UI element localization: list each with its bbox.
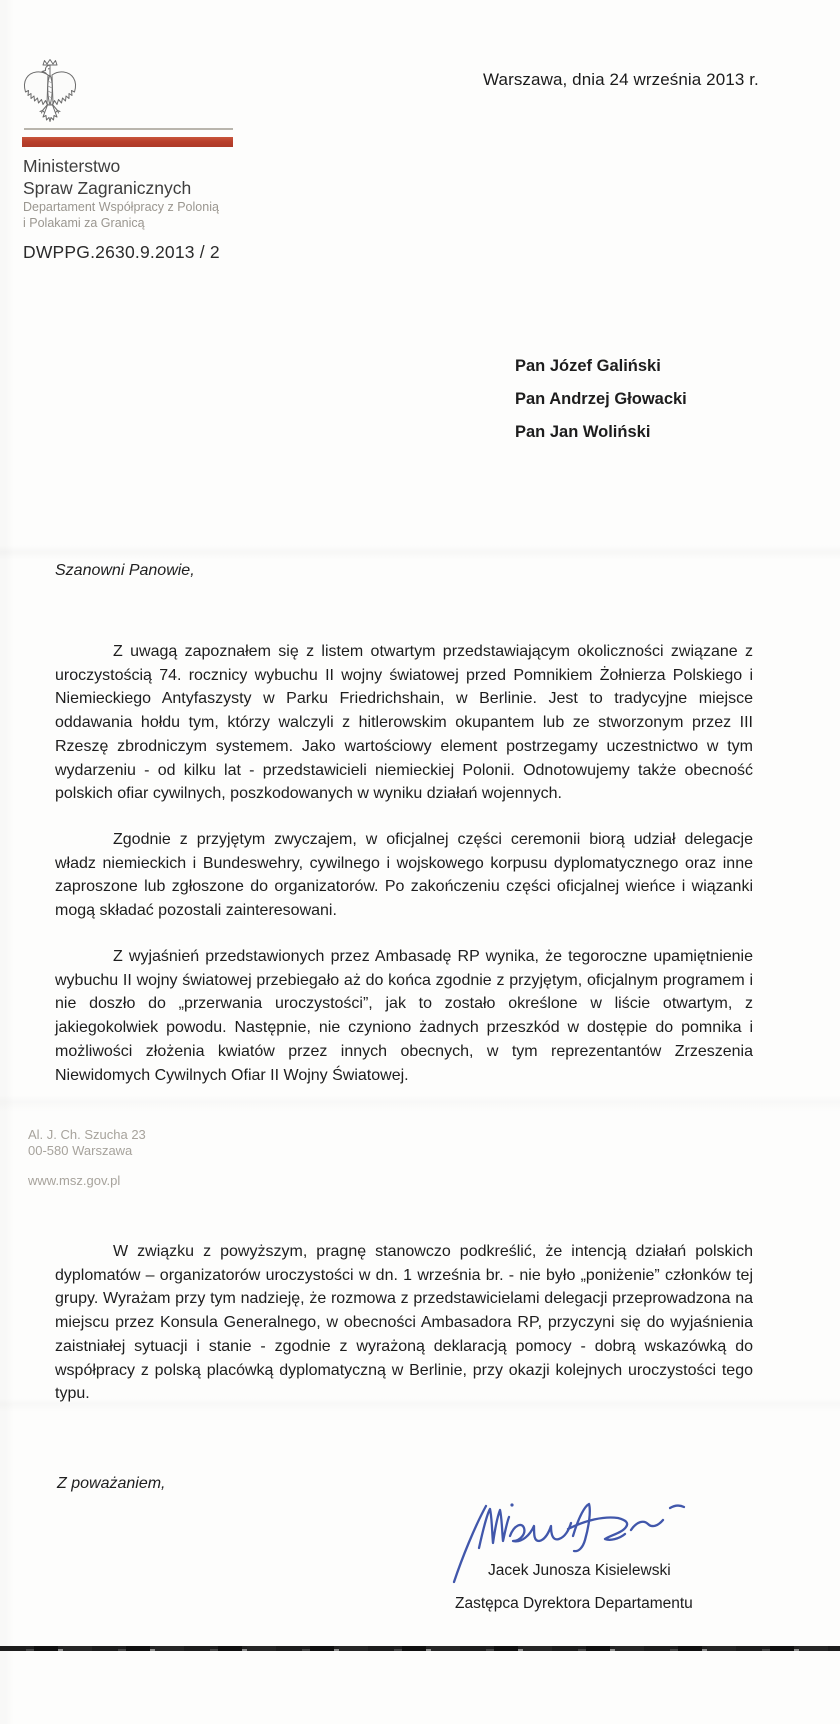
polish-eagle-emblem-icon bbox=[22, 57, 78, 127]
address-postal-city: 00-580 Warszawa bbox=[28, 1143, 146, 1159]
salutation: Szanowni Panowie, bbox=[55, 562, 195, 580]
letterhead-address: Al. J. Ch. Szucha 23 00-580 Warszawa bbox=[28, 1127, 146, 1159]
recipients-block: Pan Józef Galiński Pan Andrzej Głowacki … bbox=[515, 350, 687, 449]
ministry-name-line1: Ministerstwo bbox=[23, 155, 191, 177]
closing-phrase: Z poważaniem, bbox=[57, 1475, 166, 1493]
recipient-name: Pan Józef Galiński bbox=[515, 350, 687, 383]
ministry-department: Departament Współpracy z Polonią i Polak… bbox=[23, 200, 219, 231]
flag-divider-white-stripe bbox=[24, 128, 233, 130]
flag-divider-red-stripe bbox=[22, 137, 233, 147]
body-paragraph: Z uwagą zapoznałem się z listem otwartym… bbox=[55, 640, 753, 806]
address-street: Al. J. Ch. Szucha 23 bbox=[28, 1127, 146, 1143]
recipient-name: Pan Jan Woliński bbox=[515, 416, 687, 449]
scanned-letter-page: Warszawa, dnia 24 września 2013 r. Minis… bbox=[0, 0, 840, 1724]
signer-name: Jacek Junosza Kisielewski bbox=[488, 1562, 671, 1580]
recipient-name: Pan Andrzej Głowacki bbox=[515, 383, 687, 416]
letterhead-website: www.msz.gov.pl bbox=[28, 1173, 120, 1188]
ministry-department-line2: i Polakami za Granicą bbox=[23, 216, 219, 232]
scan-edge-artifact bbox=[0, 1646, 840, 1651]
body-paragraph: Z wyjaśnień przedstawionych przez Ambasa… bbox=[55, 945, 753, 1087]
body-paragraph: Zgodnie z przyjętym zwyczajem, w oficjal… bbox=[55, 828, 753, 923]
signer-title: Zastępca Dyrektora Departamentu bbox=[455, 1595, 693, 1613]
reference-number: DWPPG.2630.9.2013 / 2 bbox=[23, 242, 220, 263]
ministry-name: Ministerstwo Spraw Zagranicznych bbox=[23, 155, 191, 199]
body-paragraph: W związku z powyższym, pragnę stanowczo … bbox=[55, 1240, 753, 1406]
letter-date: Warszawa, dnia 24 września 2013 r. bbox=[483, 70, 759, 90]
ministry-name-line2: Spraw Zagranicznych bbox=[23, 177, 191, 199]
ministry-department-line1: Departament Współpracy z Polonią bbox=[23, 200, 219, 216]
